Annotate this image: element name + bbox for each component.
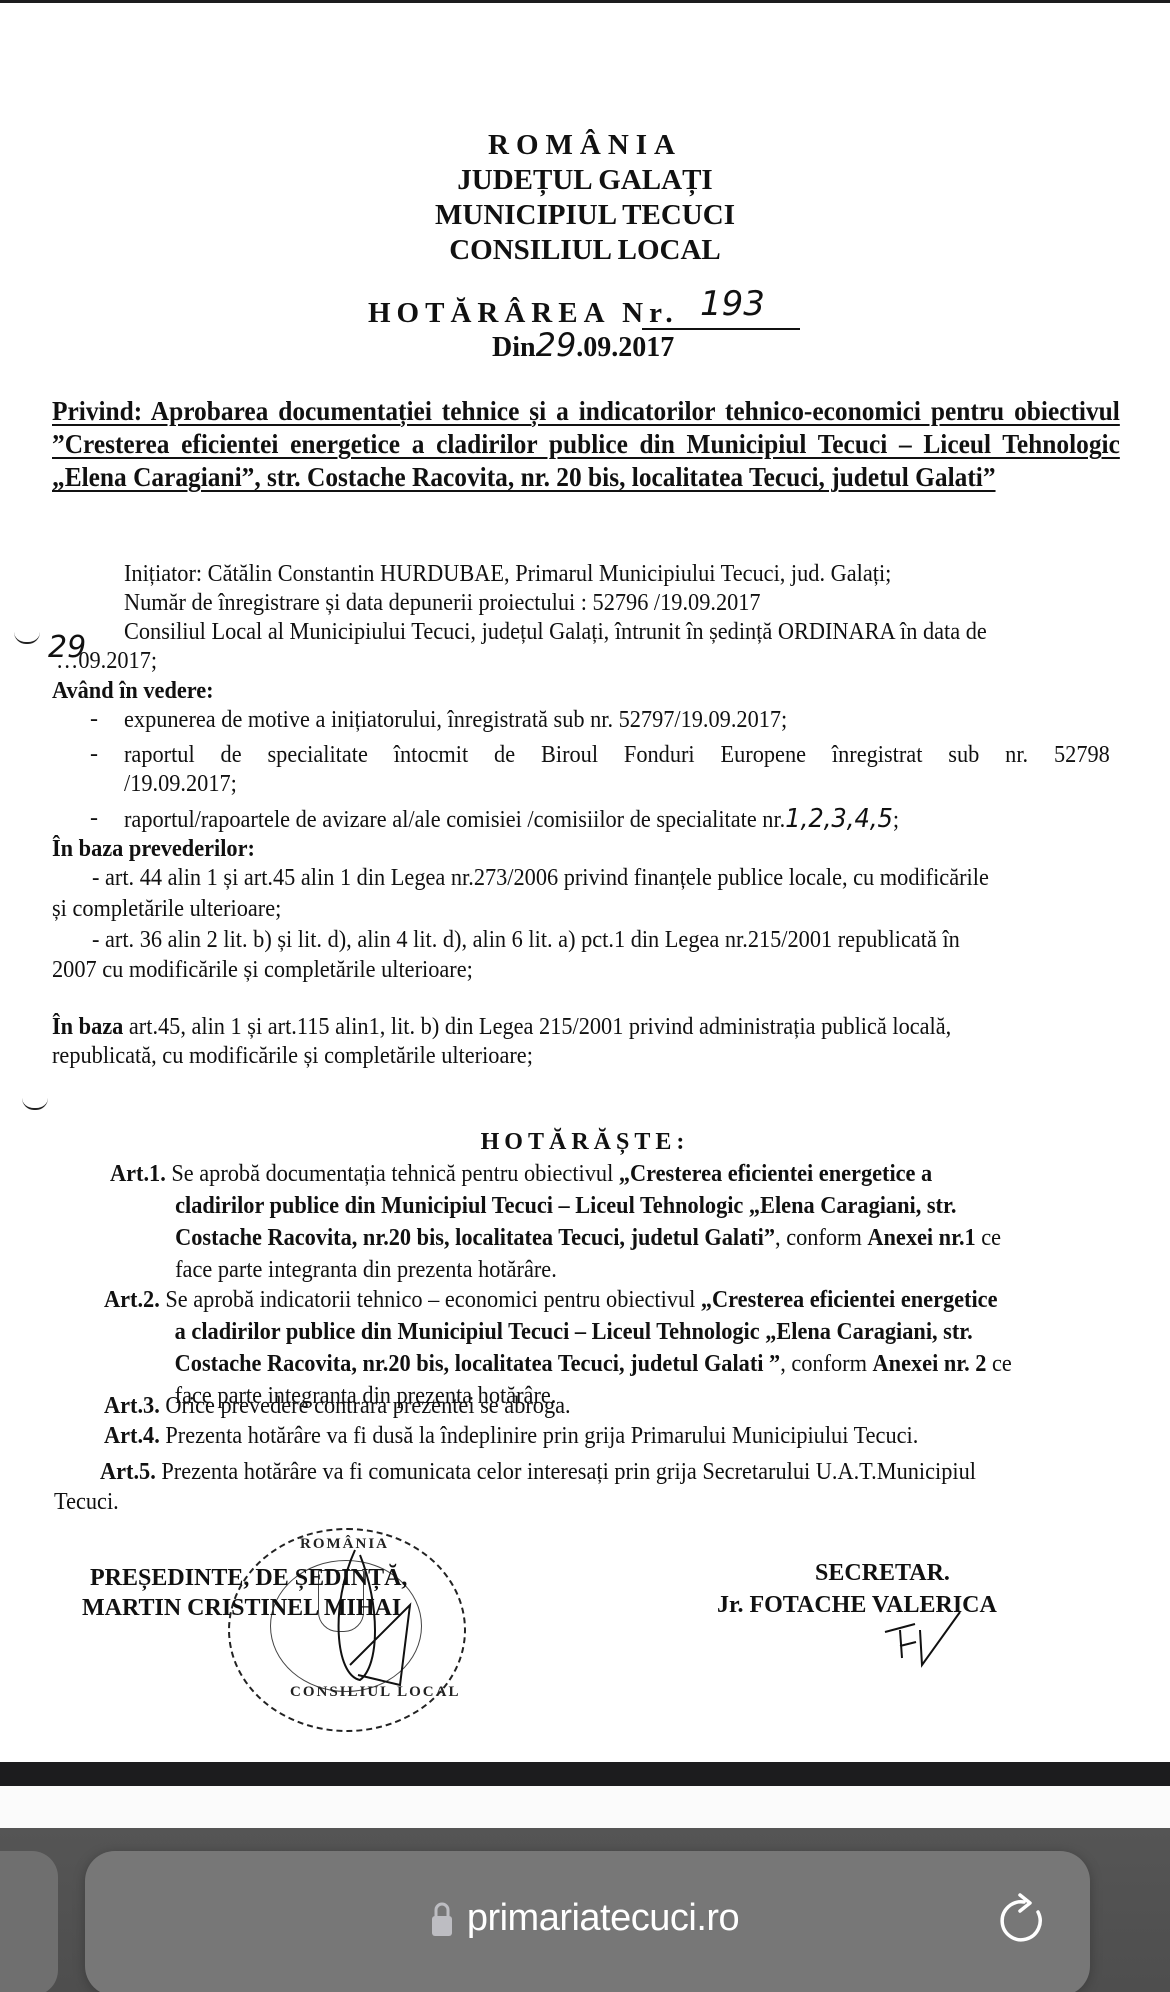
- article-3-label: Art.3.: [104, 1393, 160, 1419]
- reload-icon[interactable]: [994, 1892, 1048, 1946]
- subject-privind: Privind: Aprobarea documentației tehnice…: [52, 395, 1120, 494]
- date-prefix: Din: [492, 332, 536, 363]
- president-name: MARTIN CRISTINEL MIHAI: [82, 1593, 401, 1623]
- header-council: CONSILIUL LOCAL: [0, 233, 1170, 268]
- commissions-handwritten: 1,2,3,4,5: [785, 804, 893, 834]
- article-5-text: Prezenta hotărâre va fi comunicata celor…: [156, 1459, 976, 1485]
- article-1-label: Art.1.: [110, 1161, 166, 1187]
- decision-label: HOTĂRÂREA Nr.: [368, 297, 679, 329]
- article-1: Art.1. Se aprobă documentația tehnică pe…: [110, 1158, 1170, 1286]
- bullet-dash: -: [90, 741, 98, 768]
- avand-heading: Având în vedere:: [52, 677, 214, 706]
- next-page-strip: [0, 1786, 1170, 1828]
- secretary-signature-icon: [880, 1610, 980, 1690]
- council-session-line: Consiliul Local al Municipiului Tecuci, …: [124, 618, 1138, 647]
- article-1-bold: „Cresterea eficientei energetice a: [619, 1161, 932, 1187]
- avand-item-3: raportul/rapoartele de avizare al/ale co…: [124, 805, 899, 835]
- page-bottom-band: [0, 1762, 1170, 1786]
- article-1-anexa: Anexei nr.1: [867, 1225, 975, 1251]
- article-2-bold: „Cresterea eficientei energetice: [701, 1287, 998, 1313]
- initiator-line: Inițiator: Cătălin Constantin HURDUBAE, …: [124, 560, 1054, 589]
- prevederi-item-2: - art. 36 alin 2 lit. b) și lit. d), ali…: [92, 926, 1115, 955]
- url-text[interactable]: primariatecuci.ro: [467, 1897, 739, 1940]
- article-1-line-3-bold: Costache Racovita, nr.20 bis, localitate…: [175, 1225, 775, 1251]
- date-day-handwritten: 29: [536, 326, 577, 364]
- in-baza-line-1: În baza art.45, alin 1 și art.115 alin1,…: [52, 1013, 1170, 1042]
- article-4: Art.4. Prezenta hotărâre va fi dusă la î…: [104, 1420, 1127, 1452]
- article-5-label: Art.5.: [100, 1459, 156, 1485]
- article-1-ce: ce: [976, 1225, 1001, 1251]
- header-county: JUDEȚUL GALAȚI: [0, 163, 1170, 198]
- decision-title: HOTĂRÂREA Nr.: [368, 296, 679, 331]
- commissions-suffix: ;: [893, 807, 899, 833]
- lock-icon: [431, 1899, 453, 1937]
- article-1-line-4: face parte integranta din prezenta hotăr…: [110, 1254, 1170, 1286]
- article-1-line-2: cladirilor publice din Municipiul Tecuci…: [110, 1190, 1170, 1222]
- article-2-ce: ce: [986, 1351, 1011, 1377]
- article-4-label: Art.4.: [104, 1423, 160, 1449]
- prevederi-item-1-cont: și completările ulterioare;: [52, 895, 281, 924]
- prevederi-heading: În baza prevederilor:: [52, 835, 255, 864]
- prevederi-item-1: - art. 44 alin 1 și art.45 alin 1 din Le…: [92, 864, 1115, 893]
- decision-number-field: 193: [642, 284, 800, 330]
- article-5-cont: Tecuci.: [54, 1486, 119, 1518]
- article-5: Art.5. Prezenta hotărâre va fi comunicat…: [100, 1456, 1170, 1488]
- prevederi-item-2-cont: 2007 cu modificările și completările ult…: [52, 956, 473, 985]
- hotaraste-heading: HOTĂRĂȘTE:: [0, 1125, 1170, 1160]
- decision-number-handwritten: 193: [700, 284, 765, 324]
- secretary-title: SECRETAR.: [815, 1558, 950, 1588]
- bullet-dash: -: [90, 706, 98, 733]
- council-session-date: …09.2017;: [56, 647, 157, 676]
- article-3-text: Orice prevedere contrara prezentei se ab…: [160, 1393, 571, 1419]
- article-2-line-3-bold: Costache Racovita, nr.20 bis, localitate…: [175, 1351, 781, 1377]
- article-3: Art.3. Orice prevedere contrara prezente…: [104, 1390, 1127, 1422]
- article-2-line-2: a cladirilor publice din Municipiul Tecu…: [104, 1316, 1170, 1348]
- decision-date: Din29.09.2017: [492, 328, 674, 365]
- bullet-dash: -: [90, 805, 98, 832]
- article-2-anexa: Anexei nr. 2: [873, 1351, 987, 1377]
- header-municipality: MUNICIPIUL TECUCI: [0, 198, 1170, 233]
- article-4-text: Prezenta hotărâre va fi dusă la îndeplin…: [160, 1423, 919, 1449]
- avand-item-2-cont: /19.09.2017;: [124, 770, 237, 799]
- article-2-label: Art.2.: [104, 1287, 160, 1313]
- president-title: PREȘEDINTE, DE ȘEDINȚĂ,: [90, 1563, 407, 1593]
- in-baza-label: În baza: [52, 1014, 123, 1040]
- avand-item-1: expunerea de motive a inițiatorului, înr…: [124, 706, 1054, 735]
- article-2-text: Se aprobă indicatorii tehnico – economic…: [165, 1287, 701, 1313]
- header-country: ROMÂNIA: [0, 128, 1170, 163]
- in-baza-text: art.45, alin 1 și art.115 alin1, lit. b)…: [123, 1014, 951, 1040]
- avand-item-2: raportul de specialitate întocmit de Bir…: [124, 741, 1110, 770]
- date-rest: .09.2017: [576, 332, 674, 363]
- article-2-conform: , conform: [780, 1351, 872, 1377]
- article-1-conform: , conform: [775, 1225, 867, 1251]
- in-baza-line-2: republicată, cu modificările și completă…: [52, 1042, 533, 1071]
- article-1-text: Se aprobă documentația tehnică pentru ob…: [171, 1161, 618, 1187]
- avand-item-3-text: raportul/rapoartele de avizare al/ale co…: [124, 807, 785, 833]
- registration-line: Număr de înregistrare și data depunerii …: [124, 589, 1054, 618]
